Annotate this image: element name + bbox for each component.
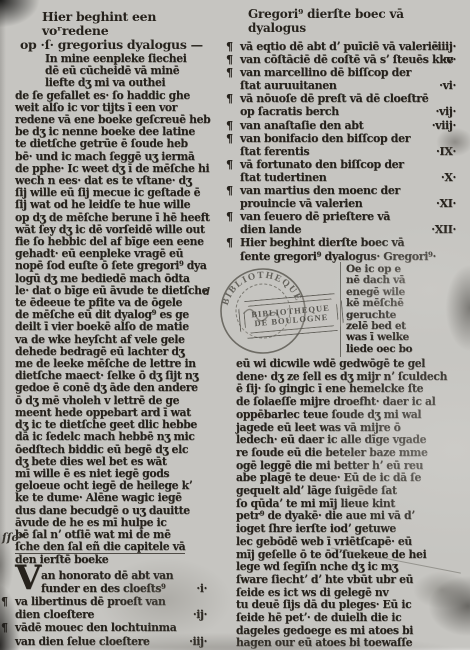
rect-stamp-frame: BIBLIOTHEQUE DE BOULOGNE bbox=[243, 298, 339, 334]
right-column-text: eū wi dicwile wdē gedwōgē te gel dene· d… bbox=[236, 358, 464, 650]
text-line-content: ke te dume· Alēne wagic iegē bbox=[15, 492, 182, 504]
text-line: ſware ſiechtʼ dʼ hte vbūt ubr eū bbox=[236, 574, 464, 587]
text-line-content: te dietſche getrūe ē ſoude heb bbox=[15, 138, 188, 150]
chapter-line: ¶ vā nōuoſe dē preſt vā dē cloeſtrē bbox=[240, 92, 460, 105]
chapter-title: dien cloeſtere bbox=[15, 608, 94, 621]
text-line: deilt ī vier boekē alſo de matie bbox=[15, 321, 233, 333]
pilcrow-icon: ¶ bbox=[226, 184, 240, 197]
pilcrow-icon: ¶ bbox=[226, 210, 240, 223]
chapter-number: ·vij· bbox=[436, 105, 456, 118]
chapter-line: prouincie vā valerien ·XI· bbox=[240, 197, 460, 210]
text-line: oppēbarlec teue ſoude dʒ mi wal bbox=[236, 409, 464, 422]
chapter-title: van anaſtaſie den abt bbox=[240, 119, 363, 132]
pilcrow-icon: ¶ bbox=[1, 595, 15, 608]
rubric-left-line2: op ·ſ· gregorius dyalogus — bbox=[20, 38, 220, 52]
text-line: te dietſche getrūe ē ſoude heb bbox=[15, 138, 233, 150]
chapter-title: vā fortunato den biſſcop der bbox=[240, 158, 404, 171]
chapter-line: ſente gregori⁹ dyalogus· Gregori⁹· bbox=[240, 250, 460, 263]
chapter-title: van martius den moenc der bbox=[240, 184, 400, 197]
text-line-content: de ſolaeſſe mijre droefht· daer ic al bbox=[236, 396, 435, 409]
text-line: de ſe gefallet es· ſo haddic ghe bbox=[15, 90, 233, 102]
text-line: kē mēſchē bbox=[346, 298, 426, 309]
chapter-number: ·vi· bbox=[439, 79, 456, 92]
chapter-title: vādē mouec den lochtuinma bbox=[15, 621, 176, 634]
text-line: op dʒ de mēſche berune ī hē heeft bbox=[15, 212, 233, 224]
chapter-title: dien lande bbox=[240, 223, 301, 236]
chapter-line: ¶ Hier beghint dierſte boec vā bbox=[240, 236, 460, 249]
text-line-content: eū wi dicwile wdē gedwōgē te gel bbox=[236, 358, 425, 371]
text-line: re ſoude eū die beteler baze mme bbox=[236, 447, 464, 460]
text-line-content: re ſoude eū die beteler baze mme bbox=[236, 447, 427, 460]
text-line-content: nopē ſod euſte ō ſete gregori⁹ dya bbox=[15, 260, 207, 272]
pilcrow-icon: ¶ bbox=[226, 53, 240, 66]
pilcrow-icon: ¶ bbox=[226, 236, 240, 249]
rubric-left-line1: Hier beghint een voʳredene bbox=[20, 10, 220, 38]
text-line: gequelt aldʼ lāge ſuigēde ſat bbox=[236, 485, 464, 498]
text-line-content: deilt ī vier boekē alſo de matie bbox=[15, 321, 189, 333]
chapter-list-right: ¶ vā eqtio dē abt dʼ puīciē vā valeriē ·… bbox=[240, 40, 460, 263]
chapter-title: op ſacratis berch bbox=[240, 105, 339, 118]
manuscript-page: Hier beghint een voʳredene op ·ſ· gregor… bbox=[0, 0, 470, 650]
chapter-line: van dien ſelue cloeſtere ·iij· bbox=[15, 635, 233, 648]
chapter-number: ·ij· bbox=[193, 608, 207, 621]
text-line-content: dus dane becudgē o uʒ dauitte bbox=[15, 505, 190, 517]
chapter-title: ſente gregori⁹ dyalogus· Gregori⁹· bbox=[240, 250, 436, 263]
text-line: dā ic ſedelc mach hebbē nʒ mic bbox=[15, 431, 233, 443]
chapter-title: van dien ſelue cloeſtere bbox=[15, 635, 150, 648]
text-line-content: kē mēſchē bbox=[346, 298, 403, 309]
text-line: den ierſtē boeke bbox=[15, 554, 233, 566]
inset-text-column: Oe ic op e nē dach vā enegē wile kē mēſc… bbox=[346, 264, 426, 355]
text-line-content: dā ic ſedelc mach hebbē nʒ mic bbox=[15, 431, 195, 443]
chapter-line: ſtat ferentis ·IX· bbox=[240, 145, 460, 158]
pilcrow-icon: ¶ bbox=[226, 40, 240, 53]
chapter-title: vā eqtio dē abt dʼ puīciē vā valeriē bbox=[240, 40, 438, 53]
text-line: ſeide hē petʼ· de duielh die ic bbox=[236, 612, 464, 625]
chapter-number: ·IX· bbox=[436, 145, 456, 158]
text-line-content: ioget ſhre ierſte iodʼ getuwe bbox=[236, 523, 396, 536]
pilcrow-icon: ¶ bbox=[226, 132, 240, 145]
rubric-left: Hier beghint een voʳredene op ·ſ· gregor… bbox=[20, 10, 220, 52]
text-line-content: ſware ſiechtʼ dʼ hte vbūt ubr eū bbox=[236, 574, 413, 587]
chapter-title: ſtat ferentis bbox=[240, 145, 309, 158]
chapter-list-left: V an honorato dē abt van funder en des c… bbox=[15, 569, 233, 648]
chapter-title: van bonifacio den biſſcop der bbox=[240, 132, 410, 145]
chapter-title: Hier beghint dierſte boec vā bbox=[240, 236, 404, 249]
chapter-title: prouincie vā valerien bbox=[240, 197, 362, 210]
text-line: lec gebōdē web ī vriētſcapē· eū bbox=[236, 536, 464, 549]
chapter-line: ¶ vā eqtio dē abt dʼ puīciē vā valeriē ·… bbox=[240, 40, 460, 53]
chapter-title: van ſeuero dē prieſtere vā bbox=[240, 210, 390, 223]
chapter-number: ·iiij· bbox=[434, 40, 456, 53]
text-line-content: gequelt aldʼ lāge ſuigēde ſat bbox=[236, 485, 397, 498]
chapter-line: ¶ van cōſtāciē dē coſtē vā sʼ ſteuēs kke… bbox=[240, 53, 460, 66]
pilcrow-icon: ¶ bbox=[226, 158, 240, 171]
text-line: bē· und ic mach ſeggē uʒ iermā bbox=[15, 151, 233, 163]
chapter-title: van marcellino dē biſſcop der bbox=[240, 66, 411, 79]
pilcrow-icon: ¶ bbox=[1, 621, 15, 634]
chapter-number: ·i· bbox=[196, 582, 207, 595]
text-line: nopē ſod euſte ō ſete gregori⁹ dya bbox=[15, 260, 233, 272]
running-title: Gregori⁹ dierſte boec vā dyalogus bbox=[248, 7, 462, 35]
text-line: dus dane becudgē o uʒ dauitte bbox=[15, 505, 233, 517]
pilcrow-icon: ¶ bbox=[226, 66, 240, 79]
chapter-title: vā nōuoſe dē preſt vā dē cloeſtrē bbox=[240, 92, 428, 105]
text-line-content: ſeide hē petʼ· de duielh die ic bbox=[236, 612, 401, 625]
text-line-content: gedoe ē conē dʒ āde den andere bbox=[15, 382, 198, 394]
text-line-content: oppēbarlec teue ſoude dʒ mi wal bbox=[236, 409, 421, 422]
text-line: de ſolaeſſe mijre droefht· daer ic al bbox=[236, 396, 464, 409]
text-line: ſij wat od he leidſe te hue wille bbox=[15, 199, 233, 211]
text-line: liede oec bo bbox=[346, 344, 426, 355]
chapter-line: dien lande ·XII· bbox=[240, 223, 460, 236]
chapter-title: ſtat auruuitanen bbox=[240, 79, 337, 92]
chapter-title: van cōſtāciē dē coſtē vā sʼ ſteuēs kke bbox=[240, 53, 453, 66]
chapter-line: an honorato dē abt van bbox=[15, 569, 233, 582]
chapter-line: ¶ van ſeuero dē prieſtere vā bbox=[240, 210, 460, 223]
text-line-content: de ſe gefallet es· ſo haddic ghe bbox=[15, 90, 190, 102]
chapter-line: ¶ van marcellino dē biſſcop der bbox=[240, 66, 460, 79]
chapter-line: ſtat auruuitanen ·vi· bbox=[240, 79, 460, 92]
text-line: hagen our eū atoes bi toewaſſe bbox=[236, 637, 464, 650]
text-line-content: lec gebōdē web ī vriētſcapē· eū bbox=[236, 536, 412, 549]
text-line-content: liefte dʒ mi va outhei bbox=[45, 77, 165, 89]
text-line: gedoe ē conē dʒ āde den andere bbox=[15, 382, 233, 394]
chapter-line: op ſacratis berch ·vij· bbox=[240, 105, 460, 118]
chapter-number: ·iij· bbox=[189, 635, 207, 648]
chapter-title: ſtat tudertinen bbox=[240, 171, 326, 184]
text-line-content: ōedſtech biddic eū begē dʒ elc bbox=[15, 444, 188, 456]
pilcrow-icon: ¶ bbox=[226, 119, 240, 132]
pilcrow-icon: ¶ bbox=[226, 92, 240, 105]
margin-note-folio: ſſoʷ bbox=[2, 531, 25, 544]
text-line: ke te dume· Alēne wagic iegē bbox=[15, 492, 233, 504]
decorated-initial-v: V bbox=[15, 563, 41, 593]
chapter-line: ¶ vādē mouec den lochtuinma bbox=[15, 621, 233, 634]
chapter-line: ¶ van martius den moenc der bbox=[240, 184, 460, 197]
text-line: liefte dʒ mi va outhei bbox=[15, 77, 233, 89]
text-line-content: hagen our eū atoes bi toewaſſe bbox=[236, 637, 412, 650]
text-line: ōedſtech biddic eū begē dʒ elc bbox=[15, 444, 233, 456]
chapter-line: funder en des cloeſts⁹ ·i· bbox=[15, 582, 233, 595]
text-line: eū wi dicwile wdē gedwōgē te gel bbox=[236, 358, 464, 371]
chapter-number: ·X· bbox=[441, 171, 456, 184]
text-line-content: op dʒ de mēſche berune ī hē heeft bbox=[15, 212, 210, 224]
text-line-content: liede oec bo bbox=[346, 344, 412, 355]
left-column: In mine eenpleke ſiechei dē eū cūcheidē … bbox=[15, 53, 233, 648]
chapter-line: ¶ va libertinus dē proeſt van bbox=[15, 595, 233, 608]
text-line-content: bē· und ic mach ſeggē uʒ iermā bbox=[15, 151, 195, 163]
text-line: ioget ſhre ierſte iodʼ getuwe bbox=[236, 523, 464, 536]
chapter-number: ·v· bbox=[443, 53, 456, 66]
chapter-line: ¶ van anaſtaſie den abt ·viij· bbox=[240, 119, 460, 132]
chapter-line: ſtat tudertinen ·X· bbox=[240, 171, 460, 184]
margin-note-d: d bbox=[203, 287, 210, 298]
chapter-line: dien cloeſtere ·ij· bbox=[15, 608, 233, 621]
left-column-text: In mine eenpleke ſiechei dē eū cūcheidē … bbox=[15, 53, 233, 567]
chapter-number: ·XI· bbox=[436, 197, 456, 210]
chapter-line: ¶ van bonifacio den biſſcop der bbox=[240, 132, 460, 145]
chapter-line: ¶ vā fortunato den biſſcop der bbox=[240, 158, 460, 171]
text-line-content: ſij wat od he leidſe te hue wille bbox=[15, 199, 190, 211]
chapter-number: ·viij· bbox=[432, 119, 456, 132]
chapter-number: ·XII· bbox=[431, 223, 456, 236]
